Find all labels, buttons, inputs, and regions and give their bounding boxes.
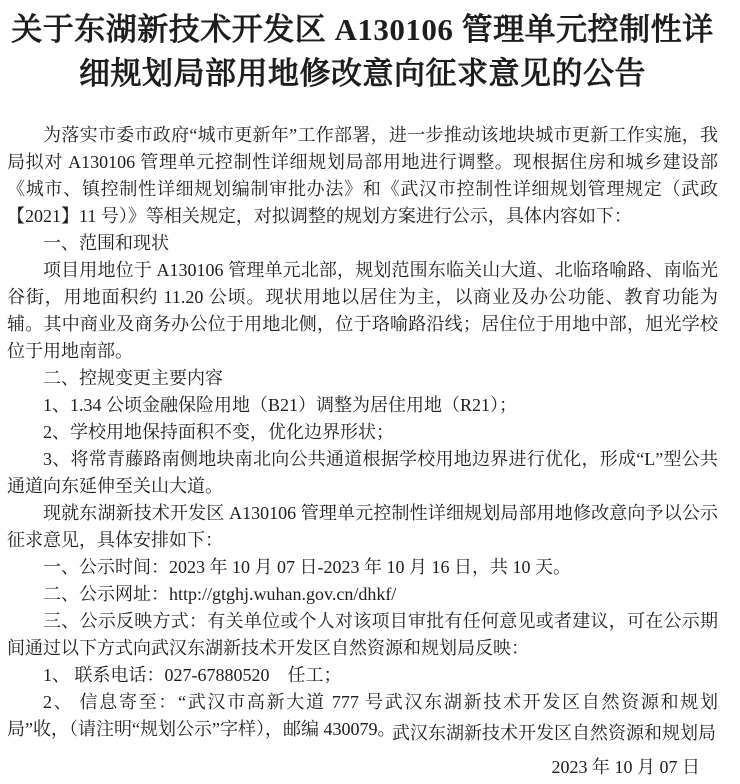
signature-org: 武汉东湖新技术开发区自然资源和规划局 <box>7 716 718 750</box>
list-item-change-2: 2、学校用地保持面积不变，优化边界形状； <box>7 419 718 446</box>
list-item-contact-phone: 1、 联系电话：027-67880520 任工； <box>7 662 718 689</box>
list-item-feedback-method: 三、公示反映方式：有关单位或个人对该项目审批有任何意见或者建议，可在公示期间通过… <box>7 608 718 662</box>
page-title-line-1: 关于东湖新技术开发区 A130106 管理单元控制性详 <box>7 8 718 52</box>
list-item-change-3: 3、将常青藤路南侧地块南北向公共通道根据学校用地边界进行优化，形成“L”型公共通… <box>7 446 718 500</box>
section-heading-scope: 一、范围和现状 <box>7 230 718 257</box>
section-heading-changes: 二、控规变更主要内容 <box>7 365 718 392</box>
signature-date: 2023 年 10 月 07 日 <box>7 750 718 784</box>
list-item-change-1: 1、1.34 公顷金融保险用地（B21）调整为居住用地（R21）； <box>7 392 718 419</box>
page-title: 关于东湖新技术开发区 A130106 管理单元控制性详 细规划局部用地修改意向征… <box>7 8 718 96</box>
list-item-publicity-time: 一、公示时间：2023 年 10 月 07 日-2023 年 10 月 16 日… <box>7 554 718 581</box>
list-item-publicity-url: 二、公示网址：http://gtghj.wuhan.gov.cn/dhkf/ <box>7 581 718 608</box>
paragraph-scope-status: 项目用地位于 A130106 管理单元北部，规划范围东临关山大道、北临珞喻路、南… <box>7 257 718 365</box>
page-title-line-2: 细规划局部用地修改意向征求意见的公告 <box>7 52 718 96</box>
paragraph-intro: 为落实市委市政府“城市更新年”工作部署，进一步推动该地块城市更新工作实施，我局拟… <box>7 122 718 230</box>
signature: 武汉东湖新技术开发区自然资源和规划局 2023 年 10 月 07 日 <box>7 716 718 784</box>
notice-body: 为落实市委市政府“城市更新年”工作部署，进一步推动该地块城市更新工作实施，我局拟… <box>7 122 718 743</box>
paragraph-publicity-intro: 现就东湖新技术开发区 A130106 管理单元控制性详细规划局部用地修改意向予以… <box>7 500 718 554</box>
notice-document: 关于东湖新技术开发区 A130106 管理单元控制性详 细规划局部用地修改意向征… <box>0 0 740 784</box>
